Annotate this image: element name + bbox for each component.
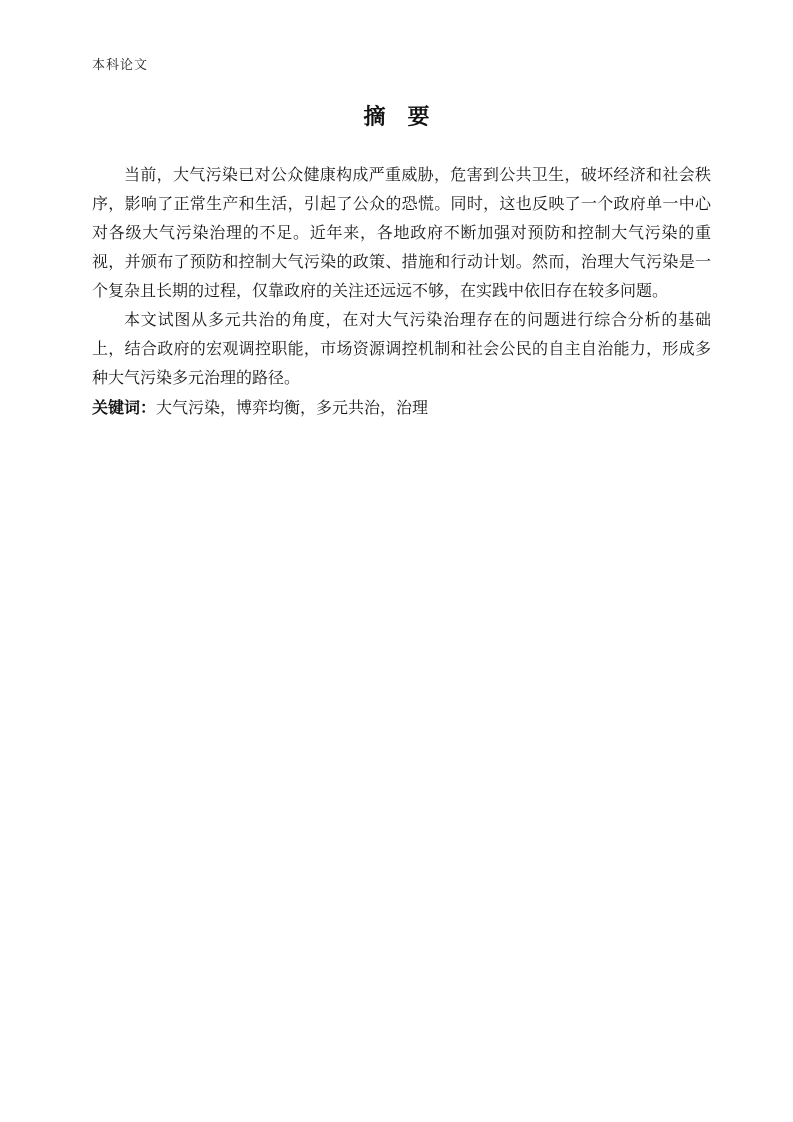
running-header-label: 本科论文 bbox=[92, 54, 148, 73]
abstract-paragraph-1: 当前，大气污染已对公众健康构成严重威胁，危害到公共卫生，破坏经济和社会秩序，影响… bbox=[92, 161, 711, 306]
keywords-line: 关键词：大气污染，博弈均衡，多元共治，治理 bbox=[92, 394, 711, 423]
abstract-paragraph-2: 本文试图从多元共治的角度，在对大气污染治理存在的问题进行综合分析的基础上，结合政… bbox=[92, 306, 711, 393]
abstract-title: 摘 要 bbox=[0, 100, 793, 131]
keywords-value: 大气污染，博弈均衡，多元共治，治理 bbox=[156, 400, 428, 417]
document-page: 本科论文 摘 要 当前，大气污染已对公众健康构成严重威胁，危害到公共卫生，破坏经… bbox=[0, 0, 793, 1122]
abstract-body: 当前，大气污染已对公众健康构成严重威胁，危害到公共卫生，破坏经济和社会秩序，影响… bbox=[92, 161, 711, 393]
keywords-label: 关键词： bbox=[92, 400, 156, 417]
